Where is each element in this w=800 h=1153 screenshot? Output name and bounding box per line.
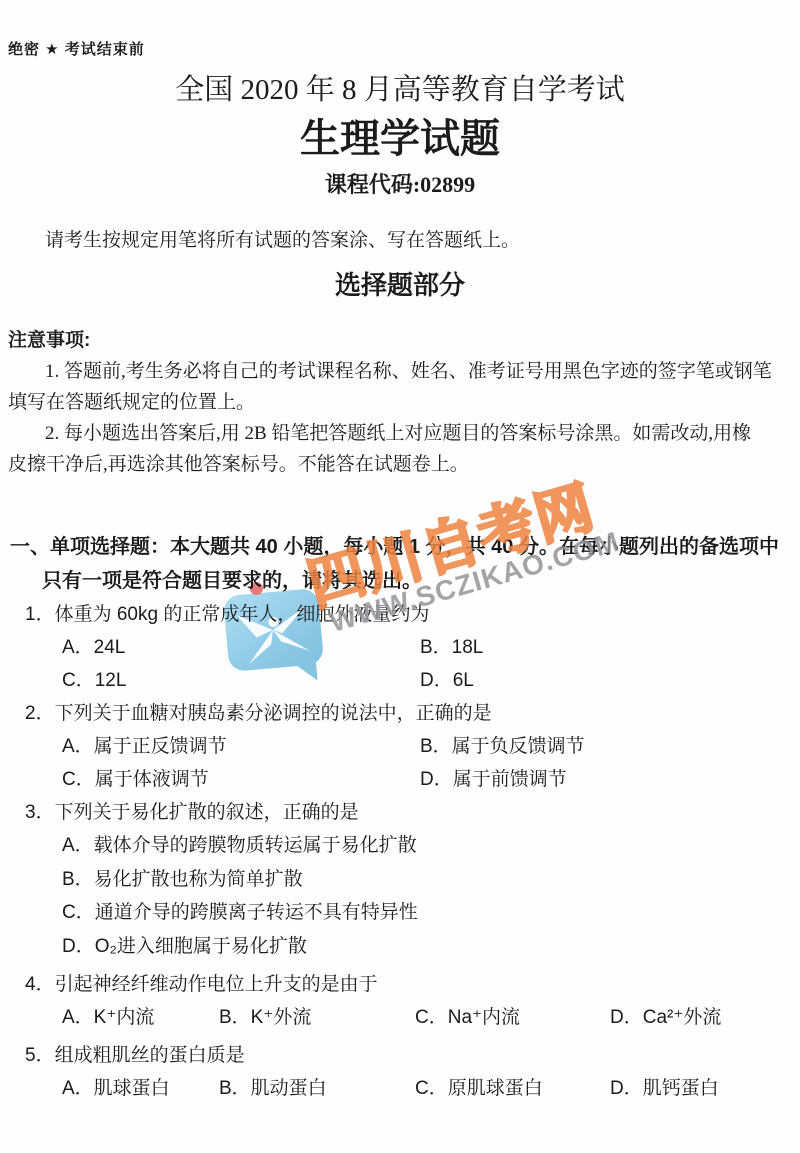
exam-title: 全国 2020 年 8 月高等教育自学考试 [0,72,800,108]
option-c: C．通道介导的跨膜离子转运不具有特异性 [62,896,800,930]
option-c: C．12L [62,664,420,697]
section-title: 选择题部分 [0,268,800,304]
option-a: A．24L [62,631,420,664]
option-c: C．属于体液调节 [62,763,420,796]
option-b: B．K⁺外流 [219,1001,415,1034]
question-1-options: A．24L B．18L C．12L D．6L [62,631,800,697]
question-3-stem: 3．下列关于易化扩散的叙述，正确的是 [25,796,800,829]
option-a: A．肌球蛋白 [62,1072,219,1105]
option-b: B．属于负反馈调节 [420,730,800,763]
option-a: A．属于正反馈调节 [62,730,420,763]
question-5-options: A．肌球蛋白 B．肌动蛋白 C．原肌球蛋白 D．肌钙蛋白 [62,1072,800,1105]
question-text: 组成粗肌丝的蛋白质是 [55,1045,245,1066]
notice-2-line-1: 2. 每小题选出答案后,用 2B 铅笔把答题纸上对应题目的答案标号涂黑。如需改动… [8,418,800,449]
question-number: 4． [25,974,55,995]
question-number: 3． [25,802,55,823]
option-d: D．肌钙蛋白 [610,1072,800,1105]
part-one-heading-line-1: 一、单项选择题：本大题共 40 小题，每小题 1 分，共 40 分。在每小题列出… [10,530,800,564]
question-2: 2．下列关于血糖对胰岛素分泌调控的说法中，正确的是 A．属于正反馈调节 B．属于… [0,697,800,796]
document-content: 绝密 ★ 考试结束前 全国 2020 年 8 月高等教育自学考试 生理学试题 课… [0,0,800,1153]
option-b: B．肌动蛋白 [219,1072,415,1105]
question-4: 4．引起神经纤维动作电位上升支的是由于 A．K⁺内流 B．K⁺外流 C．Na⁺内… [0,968,800,1034]
exam-subject-title: 生理学试题 [0,114,800,164]
question-number: 1． [25,604,55,625]
question-4-options: A．K⁺内流 B．K⁺外流 C．Na⁺内流 D．Ca²⁺外流 [62,1001,800,1034]
notice-2-line-2: 皮擦干净后,再选涂其他答案标号。不能答在试题卷上。 [8,449,800,480]
option-b: B．易化扩散也称为简单扩散 [62,863,800,897]
option-d: D．6L [420,664,800,697]
course-code: 课程代码:02899 [0,170,800,200]
question-text: 体重为 60kg 的正常成年人，细胞外液量约为 [55,604,430,625]
question-2-options: A．属于正反馈调节 B．属于负反馈调节 C．属于体液调节 D．属于前馈调节 [62,730,800,796]
notice-1-line-1: 1. 答题前,考生务必将自己的考试课程名称、姓名、准考证号用黑色字迹的签字笔或钢… [8,356,800,387]
option-d: D．Ca²⁺外流 [610,1001,800,1034]
notices-heading: 注意事项: [8,326,800,356]
question-number: 5． [25,1045,55,1066]
question-1-stem: 1．体重为 60kg 的正常成年人，细胞外液量约为 [25,598,800,631]
option-b: B．18L [420,631,800,664]
question-5: 5．组成粗肌丝的蛋白质是 A．肌球蛋白 B．肌动蛋白 C．原肌球蛋白 D．肌钙蛋… [0,1039,800,1105]
notice-1-line-2: 填写在答题纸规定的位置上。 [8,387,800,418]
option-a: A．K⁺内流 [62,1001,219,1034]
secrecy-notice: 绝密 ★ 考试结束前 [8,38,145,59]
option-c: C．原肌球蛋白 [415,1072,610,1105]
option-d: D．属于前馈调节 [420,763,800,796]
question-1: 1．体重为 60kg 的正常成年人，细胞外液量约为 A．24L B．18L C．… [0,598,800,697]
question-text: 下列关于血糖对胰岛素分泌调控的说法中，正确的是 [55,703,492,724]
question-text: 下列关于易化扩散的叙述，正确的是 [55,802,359,823]
option-c: C．Na⁺内流 [415,1001,610,1034]
answer-sheet-instruction: 请考生按规定用笔将所有试题的答案涂、写在答题纸上。 [8,226,788,256]
question-4-stem: 4．引起神经纤维动作电位上升支的是由于 [25,968,800,1001]
part-one-heading-line-2: 只有一项是符合题目要求的，请将其选出。 [42,564,800,598]
question-text: 引起神经纤维动作电位上升支的是由于 [55,974,378,995]
option-d: D．O₂进入细胞属于易化扩散 [62,930,800,964]
question-3-options: A．载体介导的跨膜物质转运属于易化扩散 B．易化扩散也称为简单扩散 C．通道介导… [62,829,800,963]
question-number: 2． [25,703,55,724]
option-a: A．载体介导的跨膜物质转运属于易化扩散 [62,829,800,863]
exam-paper-page: 绝密 ★ 考试结束前 全国 2020 年 8 月高等教育自学考试 生理学试题 课… [0,0,800,1153]
part-one-heading: 一、单项选择题：本大题共 40 小题，每小题 1 分，共 40 分。在每小题列出… [10,530,800,598]
question-5-stem: 5．组成粗肌丝的蛋白质是 [25,1039,800,1072]
question-3: 3．下列关于易化扩散的叙述，正确的是 A．载体介导的跨膜物质转运属于易化扩散 B… [0,796,800,963]
question-2-stem: 2．下列关于血糖对胰岛素分泌调控的说法中，正确的是 [25,697,800,730]
